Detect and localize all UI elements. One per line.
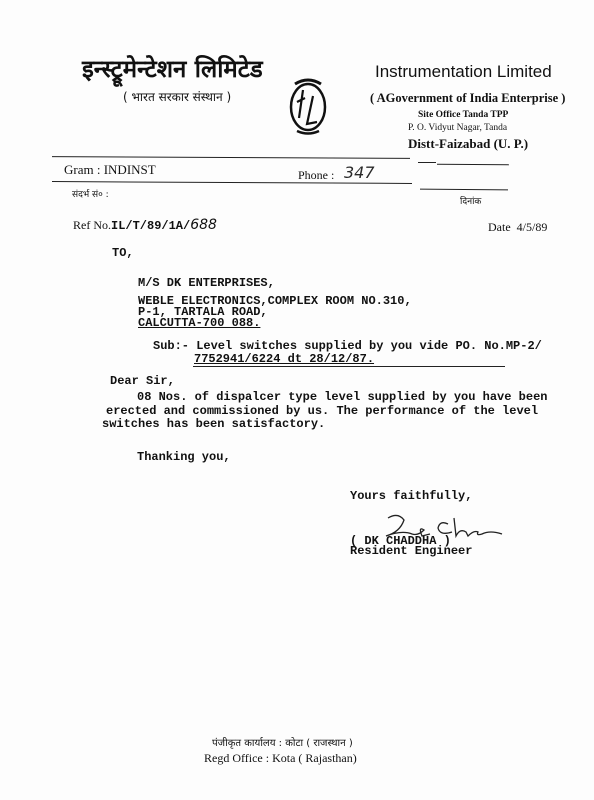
subject-line-2: 7752941/6224 dt 28/12/87. xyxy=(194,352,374,366)
letter-date: Date 4/5/89 xyxy=(488,220,547,235)
ref-label-hindi: संदर्भ सं० : xyxy=(72,187,109,200)
company-name-english: Instrumentation Limited xyxy=(375,62,552,82)
recipient-line: M/S DK ENTERPRISES, xyxy=(138,276,275,290)
date-label: Date xyxy=(488,220,511,234)
signatory-title: Resident Engineer xyxy=(350,544,472,558)
phone-label: Phone : xyxy=(298,168,334,183)
ref-handwritten: 688 xyxy=(190,217,217,233)
site-office: Site Office Tanda TPP xyxy=(418,110,508,120)
salutation: Dear Sir, xyxy=(110,374,175,388)
company-name-hindi: इन्स्ट्रूमेन्टेशन लिमिटेड xyxy=(82,52,263,85)
header-rule-bottom-segment xyxy=(420,189,508,191)
recipient-line: CALCUTTA-700 088. xyxy=(138,316,260,330)
subject-underline xyxy=(193,366,505,367)
header-rule-top-segment xyxy=(418,162,436,163)
company-subtitle-english: ( AGovernment of India Enterprise ) xyxy=(370,91,565,106)
reference-number: Ref No.IL/T/89/1A/688 xyxy=(73,217,217,233)
registered-office-english: Regd Office : Kota ( Rajasthan) xyxy=(204,751,357,766)
header-rule-top-segment xyxy=(437,164,509,166)
body-line: switches has been satisfactory. xyxy=(102,417,325,431)
body-line: erected and commissioned by us. The perf… xyxy=(106,404,538,418)
letter-page: इन्स्ट्रूमेन्टेशन लिमिटेड ( भारत सरकार स… xyxy=(0,0,594,800)
date-value: 4/5/89 xyxy=(517,220,548,234)
ref-typed: IL/T/89/1A/ xyxy=(111,219,190,233)
il-monogram-logo-icon xyxy=(283,72,333,138)
gram-address: Gram : INDINST xyxy=(64,162,156,178)
date-label-hindi: दिनांक xyxy=(460,194,481,207)
registered-office-hindi: पंजीकृत कार्यालय : कोटा ( राजस्थान ) xyxy=(212,735,353,749)
header-rule-top xyxy=(52,156,410,159)
closing: Yours faithfully, xyxy=(350,489,472,503)
subject-line-1: Sub:- Level switches supplied by you vid… xyxy=(153,339,542,353)
ref-label: Ref No. xyxy=(73,218,111,232)
post-office: P. O. Vidyut Nagar, Tanda xyxy=(408,123,507,133)
thanks-line: Thanking you, xyxy=(137,450,231,464)
phone-number-handwritten: 347 xyxy=(344,163,375,182)
company-subtitle-hindi: ( भारत सरकार संस्थान ) xyxy=(123,88,231,105)
body-line: 08 Nos. of dispalcer type level supplied… xyxy=(137,390,547,404)
to-label: TO, xyxy=(112,246,134,260)
district: Distt-Faizabad (U. P.) xyxy=(408,136,528,152)
